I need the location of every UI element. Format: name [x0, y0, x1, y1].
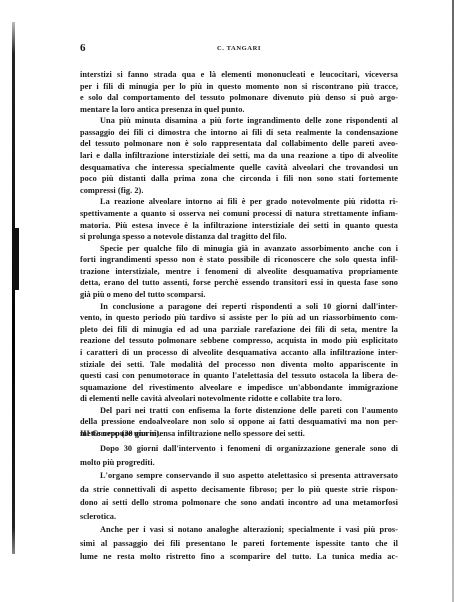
section-heading: III Gruppo (30 giorni).: [80, 427, 398, 440]
text-line: Dopo 30 giorni dall'intervento i fenomen…: [100, 442, 398, 455]
text-line: Anche per i vasi si notano analoghe alte…: [100, 523, 398, 536]
text-line: lume ne resta molto ristretto fino a sco…: [80, 550, 398, 563]
text-line: sclerotica.: [80, 510, 398, 523]
scan-edge-left-shadow: [13, 228, 19, 290]
text-line: L'organo sempre conservando il suo aspet…: [100, 469, 398, 482]
page-header: 6 C. TANGARI: [80, 42, 398, 56]
text-line: dono ai setti dello stroma polmonare che…: [80, 496, 398, 509]
running-head-author: C. TANGARI: [80, 45, 398, 52]
text-line: da strie connettivali di aspetto decisam…: [80, 483, 398, 496]
section-title: Gruppo: [92, 429, 119, 438]
section-subtitle: (30 giorni).: [122, 429, 162, 438]
section-numeral: III: [80, 429, 90, 438]
text-line: simi al passaggio dei fili presentano le…: [80, 537, 398, 550]
text-line: molto più progrediti.: [80, 456, 398, 469]
